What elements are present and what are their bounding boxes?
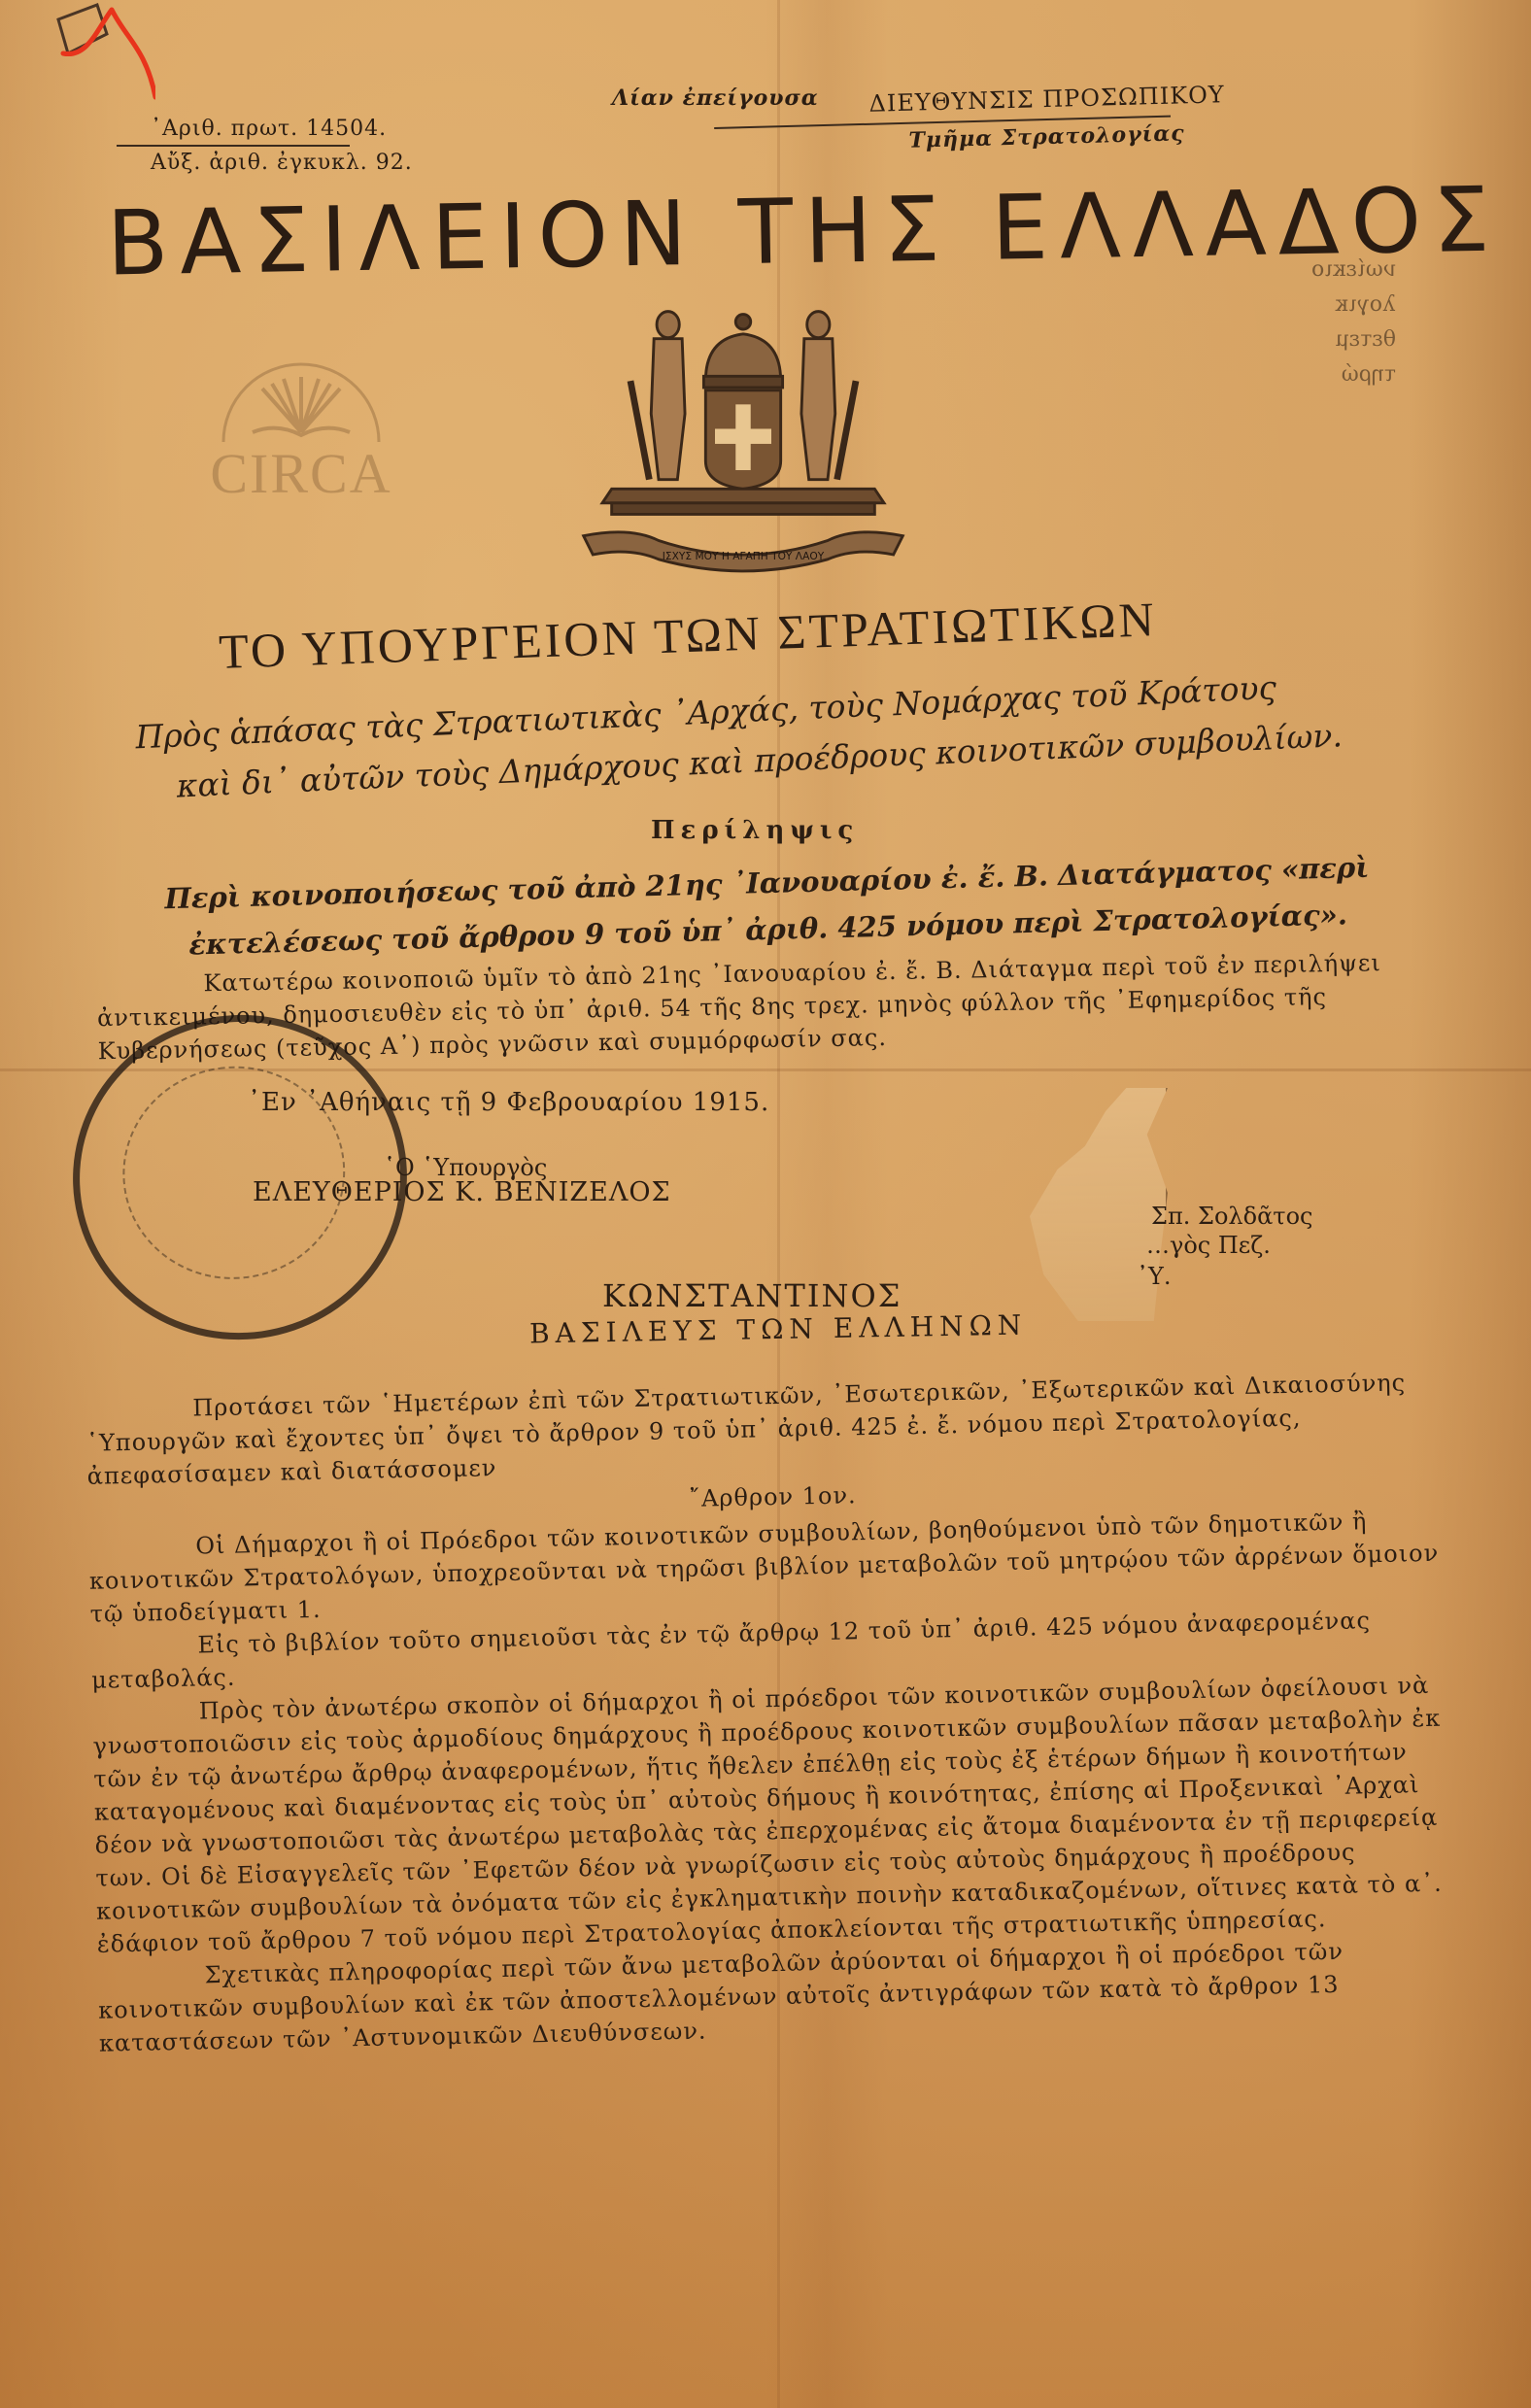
date-line: ᾽Εν ᾽Αθήναις τῇ 9 Φεβρουαρίου 1915.	[248, 1088, 769, 1117]
king-title: ΒΑΣΙΛΕΥΣ ΤΩΝ ΕΛΛΗΝΩΝ	[529, 1309, 1028, 1350]
decree-body: Προτάσει τῶν ῾Ημετέρων ἐπὶ τῶν Στρατιωτι…	[85, 1365, 1469, 2059]
royal-coat-of-arms-icon: ΙΣΧΥΣ ΜΟΥ Η ΑΓΑΠΗ ΤΟΥ ΛΑΟΥ	[573, 301, 913, 583]
article-paragraph: Πρὸς τὸν ἀνωτέρω σκοπὸν οἱ δήμαρχοι ἢ οἱ…	[92, 1668, 1467, 1960]
summary-label: Περίληψις	[651, 816, 859, 845]
directorate-name: ΔΙΕΥΘΥΝΣΙΣ ΠΡΟΣΩΠΙΚΟΥ	[868, 81, 1225, 118]
countersign-rank: …γὸς Πεζ.	[1146, 1232, 1271, 1259]
countersign-initial: ᾽Υ.	[1137, 1263, 1171, 1290]
countersign-name: Σπ. Σολδᾶτος	[1151, 1203, 1312, 1230]
red-pencil-mark-icon	[39, 0, 155, 117]
minister-signature-name: ΕΛΕΥΘΕΡΙΟΣ Κ. ΒΕΝΙΖΕΛΟΣ	[253, 1177, 671, 1207]
directorate-block: ΔΙΕΥΘΥΝΣΙΣ ΠΡΟΣΩΠΙΚΟΥ Τμῆμα Στρατολογίας	[868, 81, 1226, 154]
addressee-block: Πρὸς ἁπάσας τὰς Στρατιωτικὰς ᾽Αρχάς, τοὺ…	[134, 658, 1400, 814]
ministry-heading: ΤΟ ΥΠΟΥΡΓΕΙΟΝ ΤΩΝ ΣΤΡΑΤΙΩΤΙΚΩΝ	[218, 591, 1157, 680]
kingdom-title: ΒΑΣΙΛΕΙΟΝ ΤΗΣ ΕΛΛΑΔΟΣ	[106, 167, 1502, 295]
king-name: ΚΩΝΣΤΑΝΤΙΝΟΣ	[602, 1277, 902, 1314]
bleed-line: θετεμ	[1311, 322, 1396, 357]
circa-watermark: CIRCA	[189, 350, 413, 563]
section-name: Τμῆμα Στρατολογίας	[869, 119, 1226, 154]
protocol-block: ᾽Αριθ. πρωτ. 14504. Αὔξ. ἀριθ. ἐγκυκλ. 9…	[151, 117, 413, 175]
protocol-divider	[117, 145, 350, 147]
bleed-line: λογικ	[1311, 288, 1396, 322]
bleed-line: νωίεκιο	[1311, 253, 1396, 288]
crest-motto: ΙΣΧΥΣ ΜΟΥ Η ΑΓΑΠΗ ΤΟΥ ΛΑΟΥ	[663, 550, 825, 562]
circular-number: Αὔξ. ἀριθ. ἐγκυκλ. 92.	[151, 151, 413, 175]
bleed-line: τηρώ	[1311, 357, 1396, 392]
margin-bleed-through: νωίεκιο λογικ θετεμ τηρώ	[1311, 253, 1396, 392]
open-book-icon	[204, 350, 398, 447]
watermark-text: CIRCA	[189, 441, 413, 506]
urgency-note: Λίαν ἐπείγουσα	[612, 85, 819, 111]
protocol-number: ᾽Αριθ. πρωτ. 14504.	[151, 117, 413, 145]
